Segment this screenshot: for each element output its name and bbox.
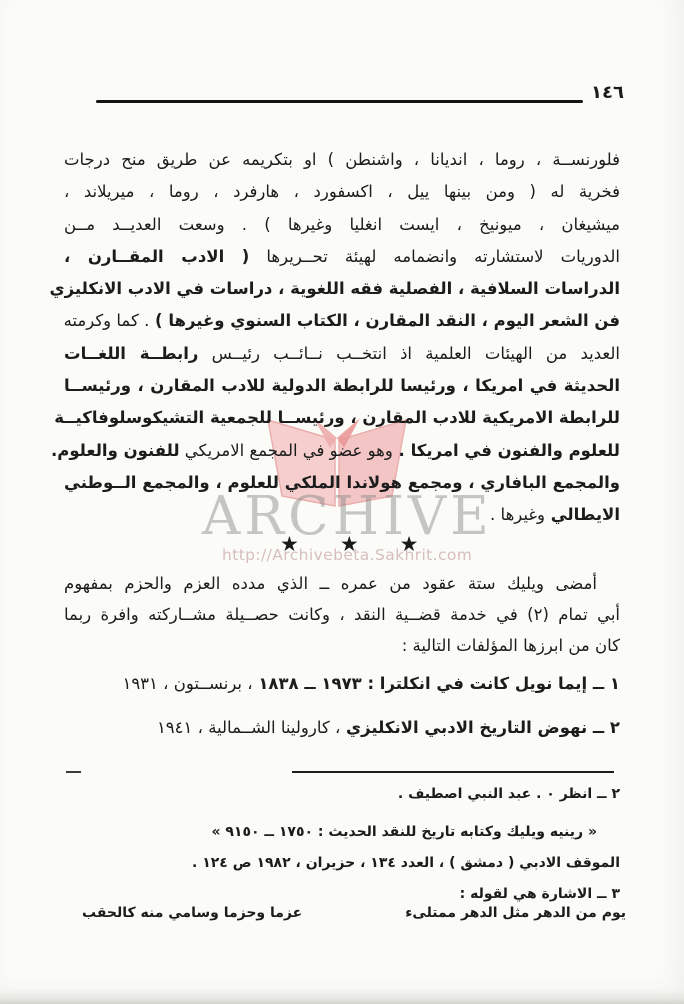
text-segment: للعلوم والفنون في امريكا . [393, 441, 620, 460]
works-list: ١ ــ إيما نويل كانت في انكلترا : ١٩٧٣ ــ… [64, 674, 620, 762]
text-segment: والمجمع البافاري ، ومجمع هولاندا الملكي … [64, 473, 620, 492]
text-segment: فن الشعر اليوم ، النقد المقارن ، الكتاب … [149, 311, 620, 330]
text-line: « رينيه ويليك وكتابه تاريخ للنقد الحديث … [64, 824, 620, 855]
text-line: أبي تمام (٢) في خدمة قضــية النقد ، وكان… [64, 605, 620, 636]
text-segment: الموقف الادبي ( دمشق ) ، العدد ١٣٤ ، حزي… [192, 855, 620, 871]
text-line: فن الشعر اليوم ، النقد المقارن ، الكتاب … [64, 311, 620, 343]
paragraph-works-intro: أمضى ويليك ستة عقود من عمره ــ الذي مدده… [64, 574, 620, 667]
text-segment: وغيرها . [490, 505, 545, 524]
text-line: الموقف الادبي ( دمشق ) ، العدد ١٣٤ ، حزي… [64, 855, 620, 886]
text-line: فلورنســة ، روما ، انديانا ، واشنطن ) او… [64, 150, 620, 182]
text-segment: ، برنســتون ، ١٩٣١ [122, 674, 252, 693]
text-line: الحديثة في امريكا ، ورئيسا للرابطة الدول… [64, 376, 620, 408]
star-icon: ★ [340, 532, 359, 556]
verse-line: يوم من الدهر مثل الدهر ممتلىء عزما وحزما… [82, 905, 626, 921]
text-segment: ، كارولينا الشــمالية ، ١٩٤١ [157, 718, 340, 737]
text-segment: فلورنســة ، روما ، انديانا ، واشنطن ) او… [64, 150, 620, 169]
scanned-book-page: ١٤٦ ARCHIVE http://Archivebeta.Sakhrit.c… [0, 0, 684, 1004]
text-line: الدراسات السلافية ، الفصلية فقه اللغوية … [64, 279, 620, 311]
verse-left-hemistich: عزما وحزما وسامي منه كالحقب [82, 905, 302, 921]
text-segment: للفنون والعلوم. [51, 441, 180, 460]
text-segment: ميشيغان ، ميونيخ ، ايست انغليا وغيرها ) … [64, 215, 620, 234]
text-line: والمجمع البافاري ، ومجمع هولاندا الملكي … [64, 473, 620, 505]
margin-dash [66, 771, 81, 773]
text-segment: العديد من الهيئات العلمية اذ انتخــب نــ… [198, 344, 620, 363]
text-segment: الحديثة في امريكا ، ورئيسا للرابطة الدول… [64, 376, 620, 395]
text-segment: أبي تمام (٢) في خدمة قضــية النقد ، وكان… [64, 605, 620, 624]
text-segment: للرابطة الامريكية للادب المقارن ، ورئيسـ… [54, 408, 620, 427]
text-segment: ١ ــ إيما نويل كانت في انكلترا : ١٩٧٣ ــ… [253, 674, 620, 693]
text-segment: رابطــة اللغــات [64, 344, 198, 363]
text-line: للرابطة الامريكية للادب المقارن ، ورئيسـ… [64, 408, 620, 440]
text-segment: الايطالي [545, 505, 620, 524]
header-rule [96, 100, 583, 103]
text-segment: أمضى ويليك ستة عقود من عمره ــ الذي مدده… [64, 574, 597, 593]
text-segment: « رينيه ويليك وكتابه تاريخ للنقد الحديث … [211, 824, 597, 840]
footnote-separator [292, 771, 614, 773]
text-segment: ٢ ــ نهوض التاريخ الادبي الانكليزي [340, 718, 620, 737]
star-icon: ★ [280, 532, 299, 556]
text-line: أمضى ويليك ستة عقود من عمره ــ الذي مدده… [64, 574, 620, 605]
text-line: كان من ابرزها المؤلفات التالية : [64, 636, 620, 667]
text-segment: وهو عضو في المجمع الامريكي [180, 441, 393, 460]
text-segment: ( الادب المقــارن ، [64, 247, 249, 266]
text-segment: الدراسات السلافية ، الفصلية فقه اللغوية … [49, 279, 620, 298]
text-line: فخرية له ( ومن بينها ييل ، اكسفورد ، هار… [64, 182, 620, 214]
page-bottom-edge [0, 989, 684, 1004]
text-segment: الدوريات لاستشارته وانضمامه لهيئة تحــري… [249, 247, 620, 266]
text-line: الدوريات لاستشارته وانضمامه لهيئة تحــري… [64, 247, 620, 279]
text-segment: فخرية له ( ومن بينها ييل ، اكسفورد ، هار… [64, 182, 620, 201]
text-line: العديد من الهيئات العلمية اذ انتخــب نــ… [64, 344, 620, 376]
text-line: ميشيغان ، ميونيخ ، ايست انغليا وغيرها ) … [64, 215, 620, 247]
text-line: ١ ــ إيما نويل كانت في انكلترا : ١٩٧٣ ــ… [64, 674, 620, 718]
text-segment: . كما وكرمته [64, 311, 150, 330]
paragraph-career: فلورنســة ، روما ، انديانا ، واشنطن ) او… [64, 150, 620, 538]
verse-right-hemistich: يوم من الدهر مثل الدهر ممتلىء [405, 905, 626, 921]
text-line: ٢ ــ انظر ٠ . عبد النبي اصطيف . [64, 786, 620, 817]
text-line: ٢ ــ نهوض التاريخ الادبي الانكليزي ، كار… [64, 718, 620, 762]
footnotes: ٢ ــ انظر ٠ . عبد النبي اصطيف .« رينيه و… [64, 786, 620, 917]
page-number: ١٤٦ [591, 82, 624, 103]
text-segment: ٢ ــ انظر ٠ . عبد النبي اصطيف . [398, 786, 620, 802]
text-segment: كان من ابرزها المؤلفات التالية : [402, 636, 620, 655]
star-icon: ★ [400, 532, 419, 556]
section-divider-stars: ★ ★ ★ [280, 532, 418, 556]
text-segment: ٣ ــ الاشارة هي لقوله : [460, 886, 620, 902]
text-line: للعلوم والفنون في امريكا . وهو عضو في ال… [64, 441, 620, 473]
